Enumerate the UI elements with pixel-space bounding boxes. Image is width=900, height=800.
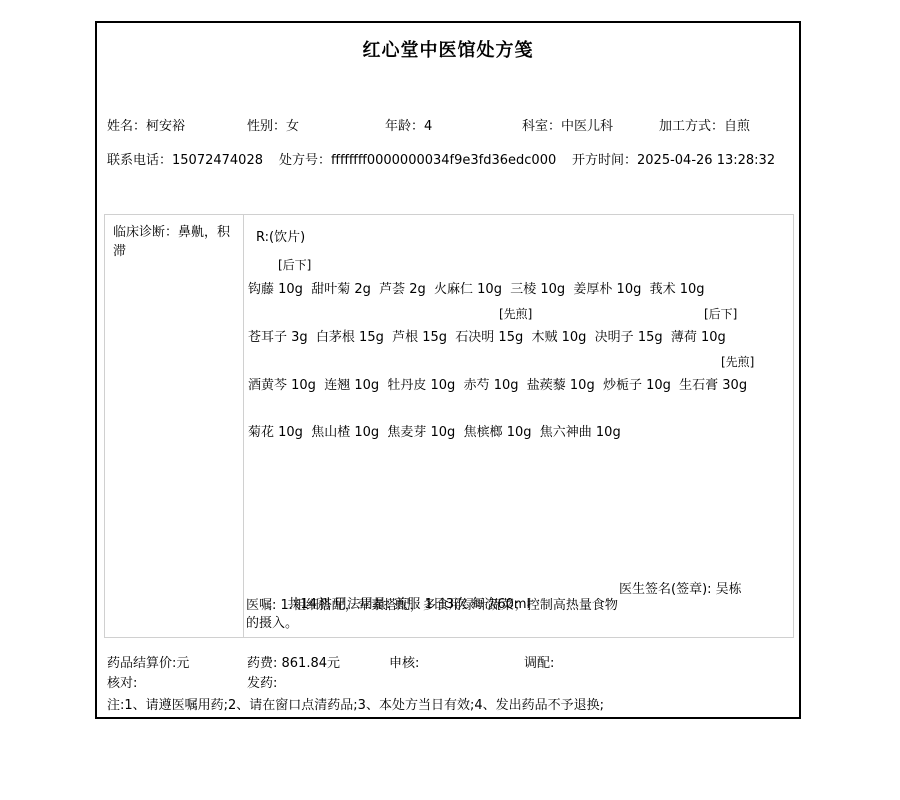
field-processing-method: 加工方式：自煎 <box>659 115 750 134</box>
field-prescription-number-value: ffffffff0000000034f9e3fd36edc000 <box>331 153 556 168</box>
page-title: 红心堂中医馆处方笺 <box>97 36 799 62</box>
usage-line: 共14剂 用法用量: 煎服 1日3次 每次60ml 医生签名(签章): 吴栋 <box>246 578 787 597</box>
doctor-signature: 医生签名(签章): 吴栋 <box>619 578 742 597</box>
patient-info-row-2: 联系电话：15072474028 处方号：ffffffff0000000034f… <box>97 149 799 169</box>
field-department-label: 科室： <box>522 119 561 134</box>
decoction-label-row-2: [先煎] [后下] <box>244 305 793 323</box>
field-name: 姓名：柯安裕 <box>107 115 185 134</box>
settlement-price-label: 药品结算价:元 <box>107 652 189 671</box>
herb-line-2: 苍耳子 3g 白茅根 15g 芦根 15g 石决明 15g 木贼 10g 决明子… <box>248 326 789 345</box>
review-label: 申核: <box>389 652 419 671</box>
field-phone-label: 联系电话： <box>107 153 172 168</box>
footer-row-1: 药品结算价:元 药费: 861.84元 申核: 调配: <box>97 652 799 672</box>
rx-cell: R:(饮片) [后下] 钩藤 10g 甜叶菊 2g 芦荟 2g 火麻仁 10g … <box>244 215 793 637</box>
field-age-value: 4 <box>424 119 432 134</box>
decoction-label-row-3: [先煎] <box>244 353 793 371</box>
decoction-label-row-1: [后下] <box>244 256 793 274</box>
prescription-table: 临床诊断：鼻鼽，积滞 R:(饮片) [后下] 钩藤 10g 甜叶菊 2g 芦荟 … <box>104 214 794 638</box>
field-age: 年龄：4 <box>385 115 432 134</box>
dosage-summary: 共14剂 用法用量: 煎服 1日3次 每次60ml <box>287 597 530 612</box>
medicine-fee: 药费: 861.84元 <box>247 652 340 671</box>
patient-info-row-1: 姓名：柯安裕 性别：女 年龄：4 科室：中医儿科 加工方式：自煎 <box>97 115 799 135</box>
field-issue-time-label: 开方时间： <box>572 153 637 168</box>
field-gender-label: 性别： <box>247 119 286 134</box>
herb-line-4: 菊花 10g 焦山楂 10g 焦麦芽 10g 焦槟榔 10g 焦六神曲 10g <box>248 421 789 440</box>
decoction-tag: [先煎] <box>499 305 532 322</box>
dispense-prepare-label: 调配: <box>524 652 554 671</box>
usage-section: 共14剂 用法用量: 煎服 1日3次 每次60ml 医生签名(签章): 吴栋 医… <box>246 578 787 634</box>
field-processing-method-value: 自煎 <box>724 119 750 134</box>
herb-line-1: 钩藤 10g 甜叶菊 2g 芦荟 2g 火麻仁 10g 三棱 10g 姜厚朴 1… <box>248 278 789 297</box>
decoction-tag: [后下] <box>704 305 737 322</box>
field-prescription-number: 处方号：ffffffff0000000034f9e3fd36edc000 <box>279 149 556 168</box>
dispense-label: 发药: <box>247 672 277 691</box>
check-label: 核对: <box>107 672 137 691</box>
field-phone-value: 15072474028 <box>172 153 263 168</box>
field-department: 科室：中医儿科 <box>522 115 613 134</box>
prescription-sheet: 红心堂中医馆处方笺 姓名：柯安裕 性别：女 年龄：4 科室：中医儿科 加工方式：… <box>95 21 801 719</box>
field-phone: 联系电话：15072474028 <box>107 149 263 168</box>
field-name-label: 姓名： <box>107 119 146 134</box>
field-issue-time: 开方时间：2025-04-26 13:28:32 <box>572 149 775 168</box>
decoction-tag: [先煎] <box>721 353 754 370</box>
rx-header: R:(饮片) <box>256 226 305 245</box>
diagnosis-cell: 临床诊断：鼻鼽，积滞 <box>105 215 244 637</box>
decoction-tag: [后下] <box>278 256 311 273</box>
field-prescription-number-label: 处方号： <box>279 153 331 168</box>
field-gender: 性别：女 <box>247 115 299 134</box>
footer-row-2: 核对: 发药: <box>97 672 799 692</box>
field-gender-value: 女 <box>286 119 299 134</box>
field-department-value: 中医儿科 <box>561 119 613 134</box>
field-name-value: 柯安裕 <box>146 119 185 134</box>
herb-line-3: 酒黄芩 10g 连翘 10g 牡丹皮 10g 赤芍 10g 盐蒺藜 10g 炒栀… <box>248 374 789 393</box>
field-issue-time-value: 2025-04-26 13:28:32 <box>637 153 775 168</box>
field-processing-method-label: 加工方式： <box>659 119 724 134</box>
field-age-label: 年龄： <box>385 119 424 134</box>
diagnosis-label: 临床诊断： <box>113 225 178 240</box>
footer-note: 注:1、请遵医嘱用药;2、请在窗口点清药品;3、本处方当日有效;4、发出药品不予… <box>107 694 791 713</box>
